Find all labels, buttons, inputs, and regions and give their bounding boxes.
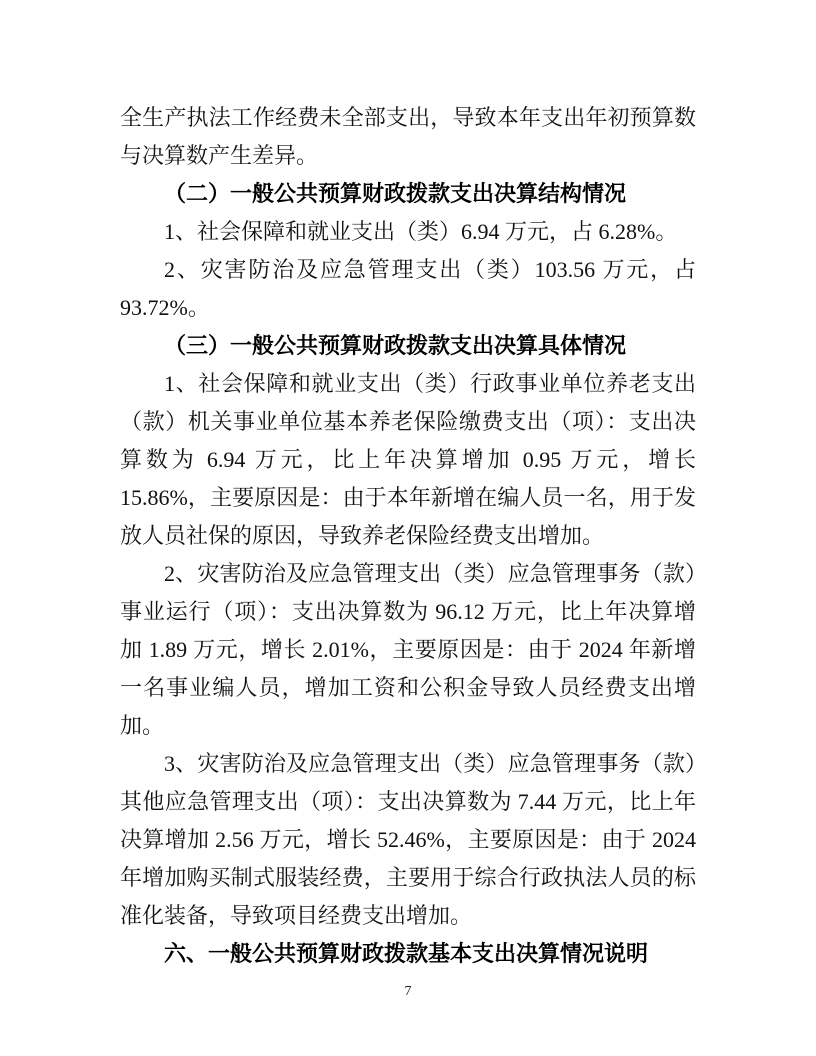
- paragraph-continuation-budget-variance: 全生产执法工作经费未全部支出，导致本年支出年初预算数与决算数产生差异。: [120, 99, 696, 175]
- paragraph-disaster-prevention-share: 2、灾害防治及应急管理支出（类）103.56 万元，占 93.72%。: [120, 251, 696, 327]
- paragraph-other-emergency-detail: 3、灾害防治及应急管理支出（类）应急管理事务（款）其他应急管理支出（项）：支出决…: [120, 745, 696, 935]
- paragraph-emergency-operations-detail: 2、灾害防治及应急管理支出（类）应急管理事务（款）事业运行（项）：支出决算数为 …: [120, 555, 696, 745]
- document-body: 全生产执法工作经费未全部支出，导致本年支出年初预算数与决算数产生差异。 （二）一…: [120, 99, 696, 973]
- page-footer: 7: [0, 984, 816, 1000]
- heading-section-3-expenditure-details: （三）一般公共预算财政拨款支出决算具体情况: [120, 327, 696, 365]
- paragraph-social-security-share: 1、社会保障和就业支出（类）6.94 万元，占 6.28%。: [120, 213, 696, 251]
- paragraph-pension-expenditure-detail: 1、社会保障和就业支出（类）行政事业单位养老支出（款）机关事业单位基本养老保险缴…: [120, 365, 696, 555]
- heading-section-2-expenditure-structure: （二）一般公共预算财政拨款支出决算结构情况: [120, 175, 696, 213]
- document-page: 全生产执法工作经费未全部支出，导致本年支出年初预算数与决算数产生差异。 （二）一…: [0, 0, 816, 1056]
- heading-section-6-basic-expenditure: 六、一般公共预算财政拨款基本支出决算情况说明: [120, 935, 696, 973]
- page-number: 7: [405, 984, 412, 999]
